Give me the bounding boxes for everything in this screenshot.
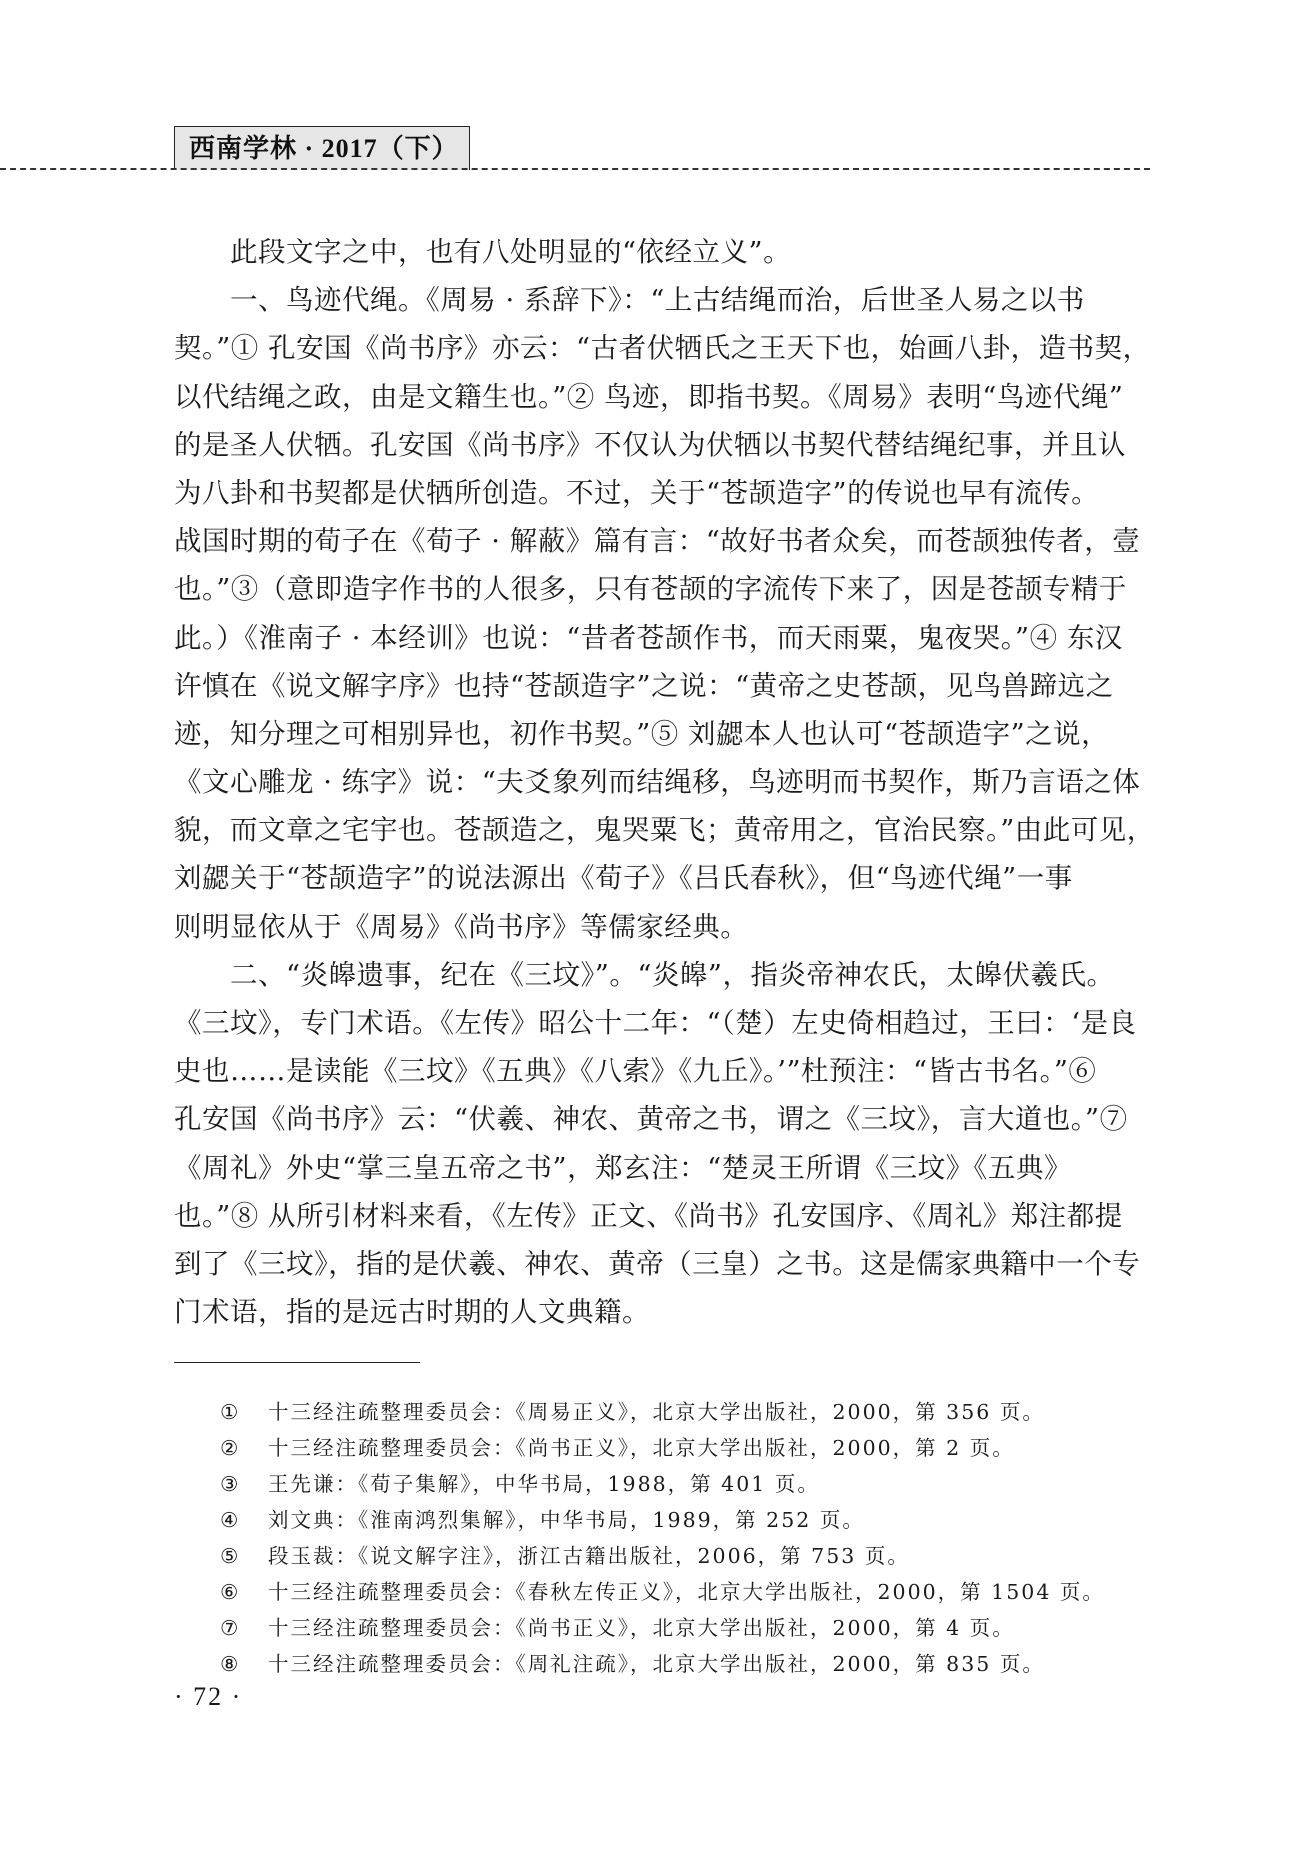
footnote-text: 十三经注疏整理委员会：《周礼注疏》，北京大学出版社，2000，第 835 页。 bbox=[268, 1646, 1045, 1682]
footnote-item: ⑦ 十三经注疏整理委员会：《尚书正义》，北京大学出版社，2000，第 4 页。 bbox=[220, 1610, 1120, 1646]
paragraph-1-line: 许慎在《说文解字序》也持“苍颉造字”之说：“黄帝之史苍颉，见鸟兽蹄迒之 bbox=[174, 662, 1154, 710]
paragraph-1-line: 一、鸟迹代绳。《周易 · 系辞下》：“上古结绳而治，后世圣人易之以书 bbox=[174, 276, 1154, 324]
paragraph-1-line: 以代结绳之政，由是文籍生也。”② 鸟迹，即指书契。《周易》表明“鸟迹代绳” bbox=[174, 373, 1154, 421]
footnote-item: ④ 刘文典：《淮南鸿烈集解》，中华书局，1989，第 252 页。 bbox=[220, 1502, 1120, 1538]
footnote-item: ⑥ 十三经注疏整理委员会：《春秋左传正义》，北京大学出版社，2000，第 150… bbox=[220, 1574, 1120, 1610]
paragraph-1-line: 此。）《淮南子 · 本经训》也说：“昔者苍颉作书，而天雨粟，鬼夜哭。”④ 东汉 bbox=[174, 614, 1154, 662]
paragraph-2-line: 门术语，指的是远古时期的人文典籍。 bbox=[174, 1288, 1154, 1336]
footnote-text: 十三经注疏整理委员会：《尚书正义》，北京大学出版社，2000，第 2 页。 bbox=[268, 1430, 1015, 1466]
paragraph-2-line: 孔安国《尚书序》云：“伏羲、神农、黄帝之书，谓之《三坟》，言大道也。”⑦ bbox=[174, 1095, 1154, 1143]
body-text: 此段文字之中，也有八处明显的“依经立义”。 一、鸟迹代绳。《周易 · 系辞下》：… bbox=[174, 228, 1154, 1336]
header-dashed-rule bbox=[0, 168, 1150, 170]
paragraph-1-line: 为八卦和书契都是伏牺所创造。不过，关于“苍颉造字”的传说也早有流传。 bbox=[174, 469, 1154, 517]
footnote-item: ⑧ 十三经注疏整理委员会：《周礼注疏》，北京大学出版社，2000，第 835 页… bbox=[220, 1646, 1120, 1682]
footnote-text: 段玉裁：《说文解字注》，浙江古籍出版社，2006，第 753 页。 bbox=[268, 1538, 910, 1574]
footnote-text: 王先谦：《荀子集解》，中华书局，1988，第 401 页。 bbox=[268, 1466, 820, 1502]
paragraph-intro: 此段文字之中，也有八处明显的“依经立义”。 bbox=[174, 228, 1154, 276]
footnote-mark: ⑦ bbox=[220, 1610, 268, 1646]
paragraph-1-line: 的是圣人伏牺。孔安国《尚书序》不仅认为伏牺以书契代替结绳纪事，并且认 bbox=[174, 421, 1154, 469]
paragraph-1-line: 也。”③（意即造字作书的人很多，只有苍颉的字流传下来了，因是苍颉专精于 bbox=[174, 565, 1154, 613]
footnote-mark: ⑧ bbox=[220, 1646, 268, 1682]
footnote-text: 十三经注疏整理委员会：《尚书正义》，北京大学出版社，2000，第 4 页。 bbox=[268, 1610, 1015, 1646]
footnote-mark: ③ bbox=[220, 1466, 268, 1502]
footnote-mark: ⑤ bbox=[220, 1538, 268, 1574]
paragraph-1-line: 《文心雕龙 · 练字》说：“夫爻象列而结绳移，鸟迹明而书契作，斯乃言语之体 bbox=[174, 758, 1154, 806]
footnote-item: ② 十三经注疏整理委员会：《尚书正义》，北京大学出版社，2000，第 2 页。 bbox=[220, 1430, 1120, 1466]
paragraph-1-line: 契。”① 孔安国《尚书序》亦云：“古者伏牺氏之王天下也，始画八卦，造书契， bbox=[174, 324, 1154, 372]
paragraph-1-line: 刘勰关于“苍颉造字”的说法源出《荀子》《吕氏春秋》，但“鸟迹代绳”一事 bbox=[174, 854, 1154, 902]
running-header: 西南学林 · 2017（下） bbox=[0, 126, 1307, 170]
journal-title-box: 西南学林 · 2017（下） bbox=[174, 126, 470, 170]
paragraph-2-line: 也。”⑧ 从所引材料来看，《左传》正文、《尚书》孔安国序、《周礼》郑注都提 bbox=[174, 1192, 1154, 1240]
footnote-text: 十三经注疏整理委员会：《周易正义》，北京大学出版社，2000，第 356 页。 bbox=[268, 1394, 1045, 1430]
footnote-mark: ① bbox=[220, 1394, 268, 1430]
footnote-item: ① 十三经注疏整理委员会：《周易正义》，北京大学出版社，2000，第 356 页… bbox=[220, 1394, 1120, 1430]
footnote-text: 刘文典：《淮南鸿烈集解》，中华书局，1989，第 252 页。 bbox=[268, 1502, 865, 1538]
paragraph-1-line: 则明显依从于《周易》《尚书序》等儒家经典。 bbox=[174, 903, 1154, 951]
paragraph-2-line: 《周礼》外史“掌三皇五帝之书”，郑玄注：“楚灵王所谓《三坟》《五典》 bbox=[174, 1144, 1154, 1192]
paragraph-1-line: 貌，而文章之宅宇也。苍颉造之，鬼哭粟飞；黄帝用之，官治民察。”由此可见， bbox=[174, 806, 1154, 854]
footnote-separator bbox=[174, 1362, 420, 1363]
paragraph-2-line: 史也……是读能《三坟》《五典》《八索》《九丘》。’”杜预注：“皆古书名。”⑥ bbox=[174, 1047, 1154, 1095]
footnote-item: ⑤ 段玉裁：《说文解字注》，浙江古籍出版社，2006，第 753 页。 bbox=[220, 1538, 1120, 1574]
footnotes: ① 十三经注疏整理委员会：《周易正义》，北京大学出版社，2000，第 356 页… bbox=[220, 1394, 1120, 1682]
footnote-item: ③ 王先谦：《荀子集解》，中华书局，1988，第 401 页。 bbox=[220, 1466, 1120, 1502]
footnote-mark: ⑥ bbox=[220, 1574, 268, 1610]
paragraph-2-line: 《三坟》，专门术语。《左传》昭公十二年：“（楚）左史倚相趋过，王曰：‘是良 bbox=[174, 999, 1154, 1047]
paragraph-2-line: 到了《三坟》，指的是伏羲、神农、黄帝（三皇）之书。这是儒家典籍中一个专 bbox=[174, 1240, 1154, 1288]
footnote-text: 十三经注疏整理委员会：《春秋左传正义》，北京大学出版社，2000，第 1504 … bbox=[268, 1574, 1105, 1610]
page-number: · 72 · bbox=[174, 1682, 242, 1712]
paragraph-2-line: 二、“炎皞遗事，纪在《三坟》”。“炎皞”，指炎帝神农氏，太皞伏羲氏。 bbox=[174, 951, 1154, 999]
footnote-mark: ② bbox=[220, 1430, 268, 1466]
paragraph-1-line: 迹，知分理之可相别异也，初作书契。”⑤ 刘勰本人也认可“苍颉造字”之说， bbox=[174, 710, 1154, 758]
paragraph-1-line: 战国时期的荀子在《荀子 · 解蔽》篇有言：“故好书者众矣，而苍颉独传者，壹 bbox=[174, 517, 1154, 565]
footnote-mark: ④ bbox=[220, 1502, 268, 1538]
